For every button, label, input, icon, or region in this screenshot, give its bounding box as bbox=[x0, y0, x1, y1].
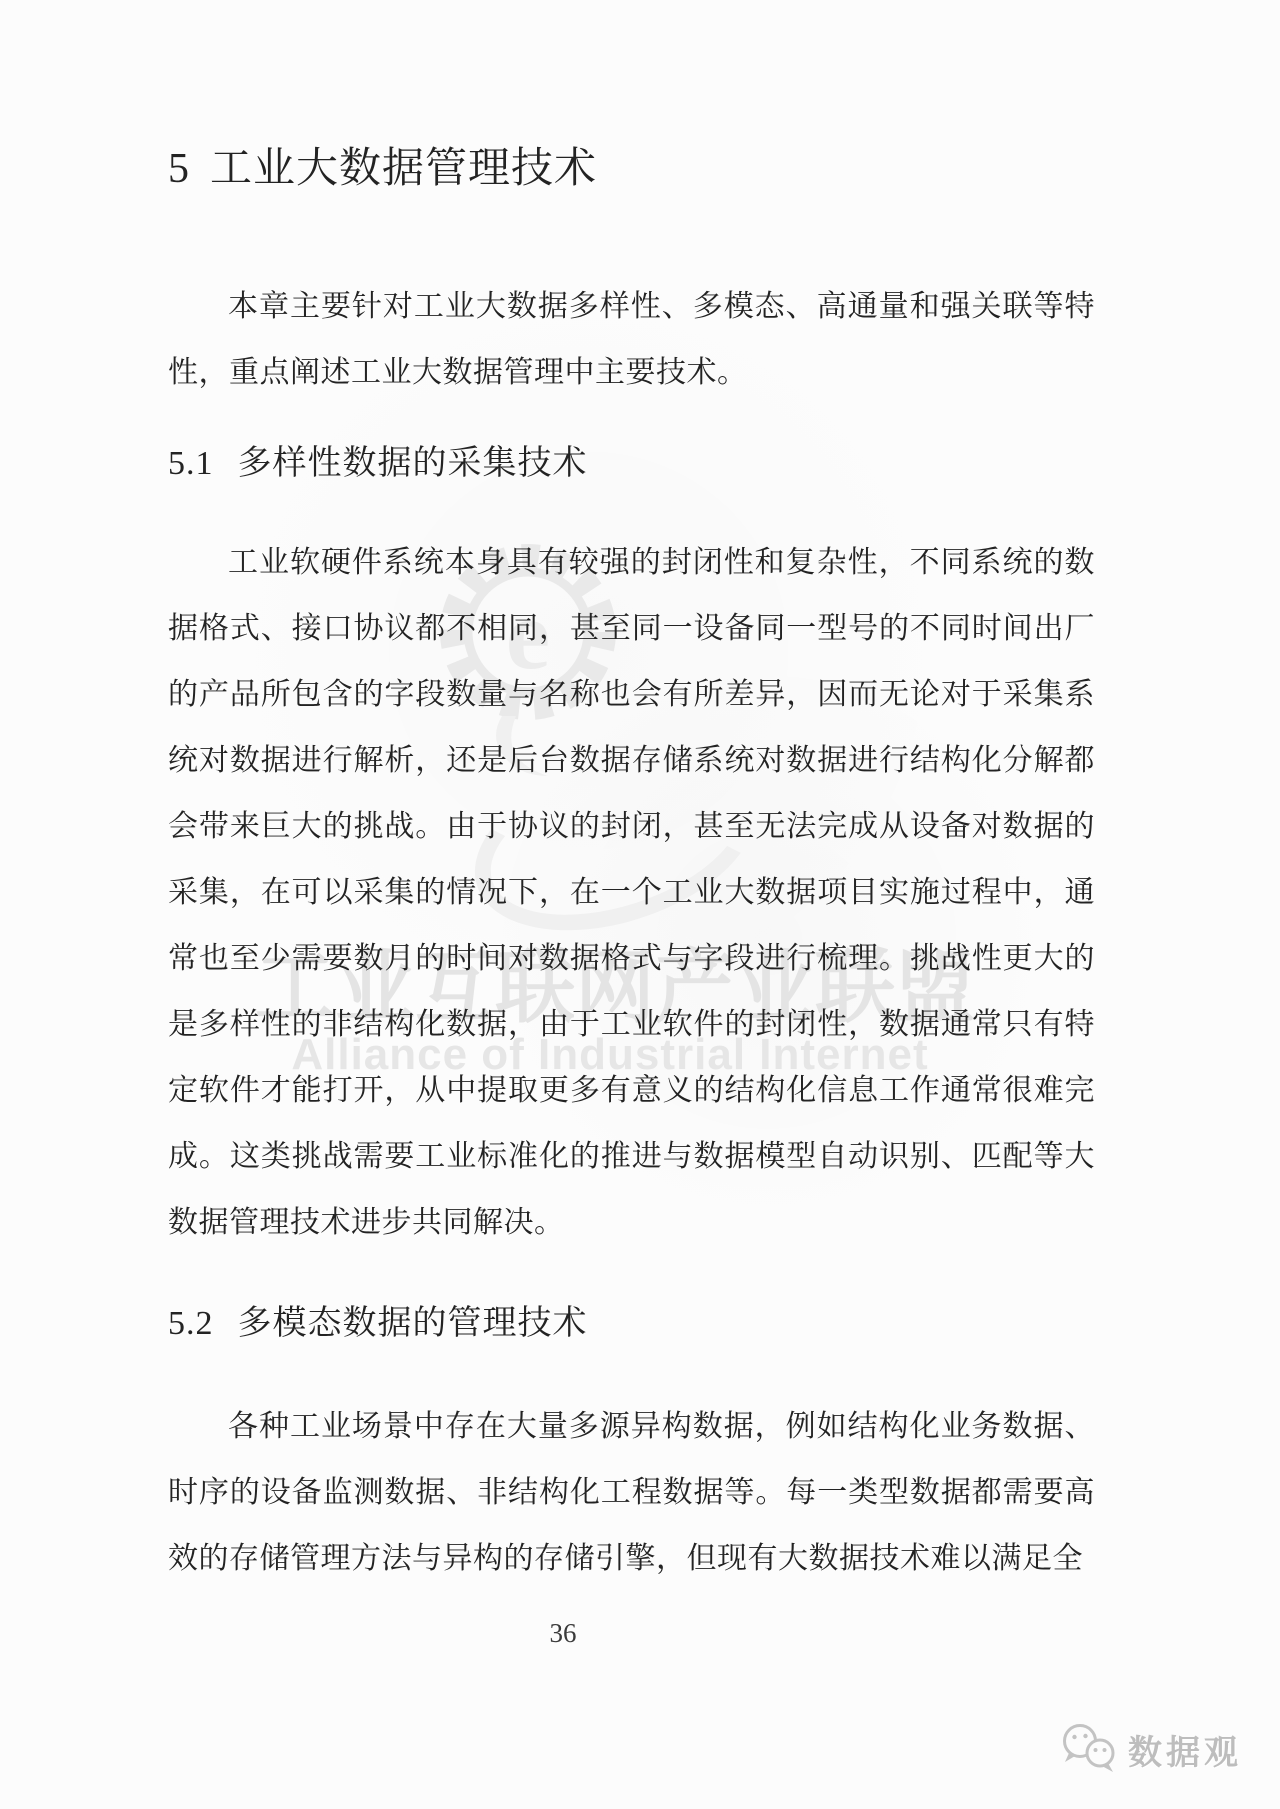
section-number-5-2: 5.2 bbox=[168, 1305, 214, 1342]
section-number-5-1: 5.1 bbox=[168, 445, 214, 482]
footer-brand: 数据观 bbox=[1058, 1722, 1242, 1776]
intro-paragraph: 本章主要针对工业大数据多样性、多模态、高通量和强关联等特性，重点阐述工业大数据管… bbox=[168, 274, 1095, 406]
section-heading-5-2: 5.2多模态数据的管理技术 bbox=[168, 1302, 1095, 1346]
page-number: 36 bbox=[168, 1618, 958, 1649]
wechat-chat-bubbles-icon bbox=[1058, 1722, 1120, 1776]
chapter-number: 5 bbox=[168, 146, 190, 192]
section-title-5-1: 多样性数据的采集技术 bbox=[238, 445, 588, 482]
section-heading-5-1: 5.1多样性数据的采集技术 bbox=[168, 442, 1095, 486]
section-body-5-2: 各种工业场景中存在大量多源异构数据，例如结构化业务数据、时序的设备监测数据、非结… bbox=[168, 1394, 1095, 1592]
chapter-title: 5工业大数据管理技术 bbox=[168, 138, 1095, 200]
section-body-5-1: 工业软硬件系统本身具有较强的封闭性和复杂性，不同系统的数据格式、接口协议都不相同… bbox=[168, 530, 1095, 1256]
footer-brand-text: 数据观 bbox=[1128, 1725, 1242, 1774]
document-page: e 工业互联网产业联盟 Alliance of Industrial Inter… bbox=[0, 0, 1280, 1809]
section-title-5-2: 多模态数据的管理技术 bbox=[238, 1305, 588, 1342]
chapter-title-text: 工业大数据管理技术 bbox=[210, 146, 597, 192]
